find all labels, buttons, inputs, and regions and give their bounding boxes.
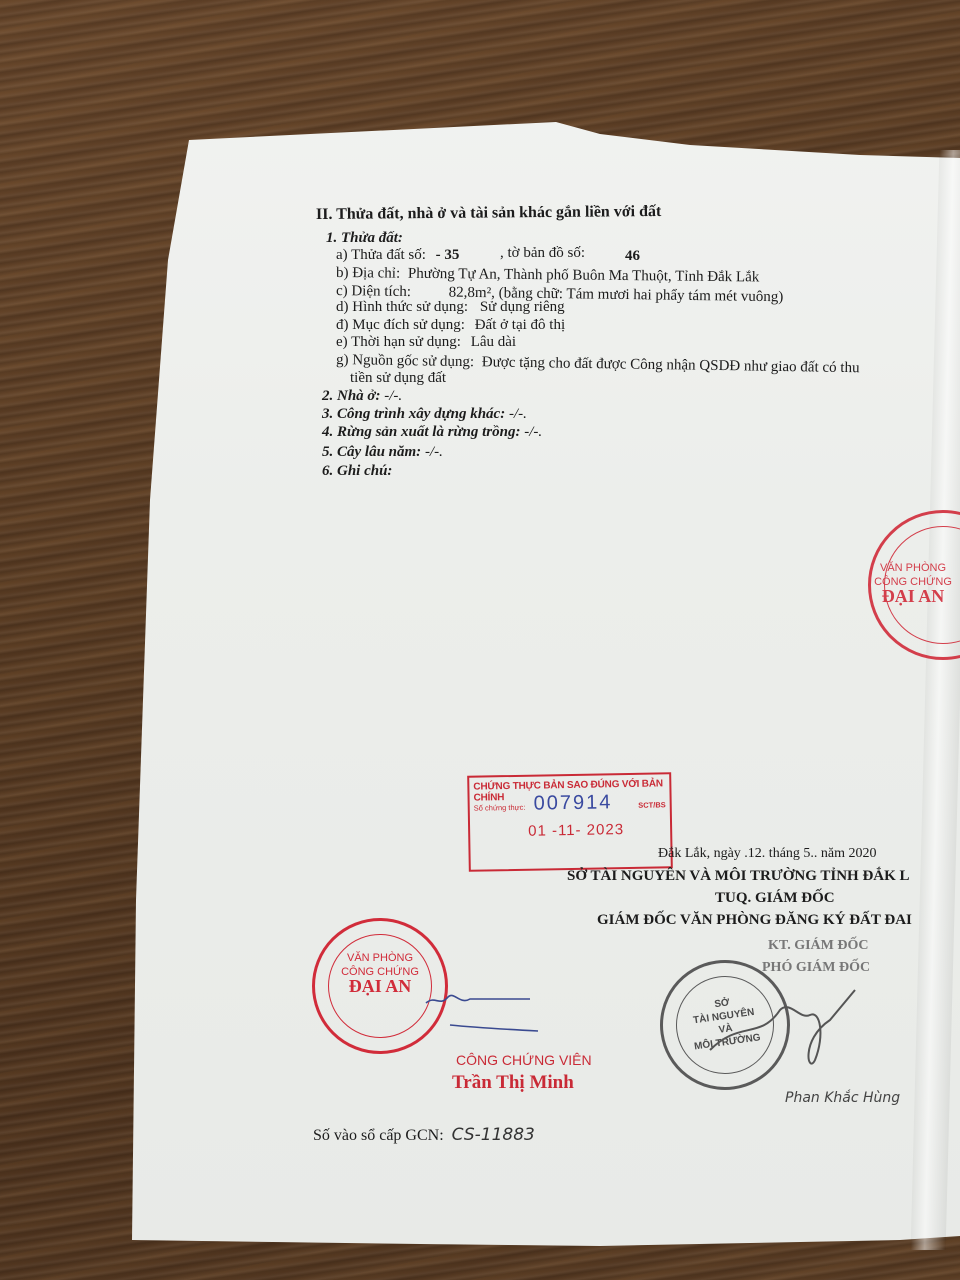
usage-origin-label: g) Nguồn gốc sử dụng: (336, 352, 474, 370)
certification-suffix: SCT/BS (638, 800, 666, 809)
registry-value: CS-11883 (452, 1125, 535, 1145)
map-sheet-label: , tờ bản đồ số: (500, 245, 585, 262)
usage-purpose-label: đ) Mục đích sử dụng: (336, 317, 465, 333)
director-signature-icon (700, 980, 860, 1090)
map-sheet-value: 46 (625, 248, 640, 265)
director-signer-name: Phan Khắc Hùng (785, 1090, 900, 1106)
authorization-line: TUQ. GIÁM ĐỐC (715, 890, 835, 907)
parcel-number-value: - 35 (436, 247, 460, 263)
usage-form-row: d) Hình thức sử dụng: Sử dụng riêng (336, 299, 565, 316)
authority-line: SỞ TÀI NGUYÊN VÀ MÔI TRƯỜNG TỈNH ĐẮK L (567, 868, 910, 885)
certification-stamp: CHỨNG THỰC BẢN SAO ĐÚNG VỚI BẢN CHÍNH Số… (467, 772, 673, 872)
usage-form-label: d) Hình thức sử dụng: (336, 299, 468, 315)
usage-origin-value: Được tặng cho đất được Công nhận QSDĐ nh… (482, 354, 860, 376)
parcel-heading: 1. Thửa đất: (326, 230, 403, 247)
usage-purpose-value: Đất ở tại đô thị (475, 317, 565, 333)
notary-signature-icon (420, 985, 540, 1045)
house-item: 2. Nhà ở: -/-. (322, 388, 402, 405)
planted-forest-item: 4. Rừng sản xuất là rừng trồng: -/-. (322, 424, 542, 441)
address-label: b) Địa chỉ: (336, 265, 400, 282)
notary-role: CÔNG CHỨNG VIÊN (456, 1052, 592, 1068)
notary-name: Trần Thị Minh (452, 1072, 574, 1094)
place-date: Đắk Lắk, ngày .12. tháng 5.. năm 2020 (658, 846, 877, 862)
section-title: II. Thửa đất, nhà ở và tài sản khác gắn … (316, 203, 661, 224)
parcel-number-row: a) Thửa đất số: - 35 (336, 247, 459, 264)
usage-purpose-row: đ) Mục đích sử dụng: Đất ở tại đô thị (336, 317, 565, 334)
on-behalf-line: KT. GIÁM ĐỐC (768, 938, 868, 954)
certification-date: 01 -11- 2023 (528, 821, 624, 840)
other-construction-item: 3. Công trình xây dựng khác: -/-. (322, 406, 527, 423)
registry-row: Số vào sổ cấp GCN: CS-11883 (313, 1125, 535, 1145)
land-certificate-page: II. Thửa đất, nhà ở và tài sản khác gắn … (0, 0, 960, 1280)
parcel-number-label: a) Thửa đất số: (336, 247, 426, 263)
registry-label: Số vào sổ cấp GCN: (313, 1127, 444, 1144)
usage-term-label: e) Thời hạn sử dụng: (336, 334, 461, 350)
area-label: c) Diện tích: (336, 283, 411, 300)
usage-form-value: Sử dụng riêng (480, 299, 565, 315)
usage-term-value: Lâu dài (471, 334, 516, 350)
usage-origin-value-cont: tiền sử dụng đất (350, 370, 446, 387)
office-director-line: GIÁM ĐỐC VĂN PHÒNG ĐĂNG KÝ ĐẤT ĐAI (597, 912, 912, 929)
notary-seal-partial: VĂN PHÒNG CÔNG CHỨNG ĐẠI AN (868, 510, 960, 660)
usage-term-row: e) Thời hạn sử dụng: Lâu dài (336, 334, 516, 351)
deputy-director-line: PHÓ GIÁM ĐỐC (762, 960, 870, 976)
certification-number-label: Số chứng thực: (474, 803, 526, 813)
notes-item: 6. Ghi chú: (322, 463, 392, 480)
certification-number: 007914 (533, 791, 612, 815)
address-value: Phường Tự An, Thành phố Buôn Ma Thuột, T… (408, 266, 760, 286)
perennial-trees-item: 5. Cây lâu năm: -/-. (322, 444, 443, 461)
